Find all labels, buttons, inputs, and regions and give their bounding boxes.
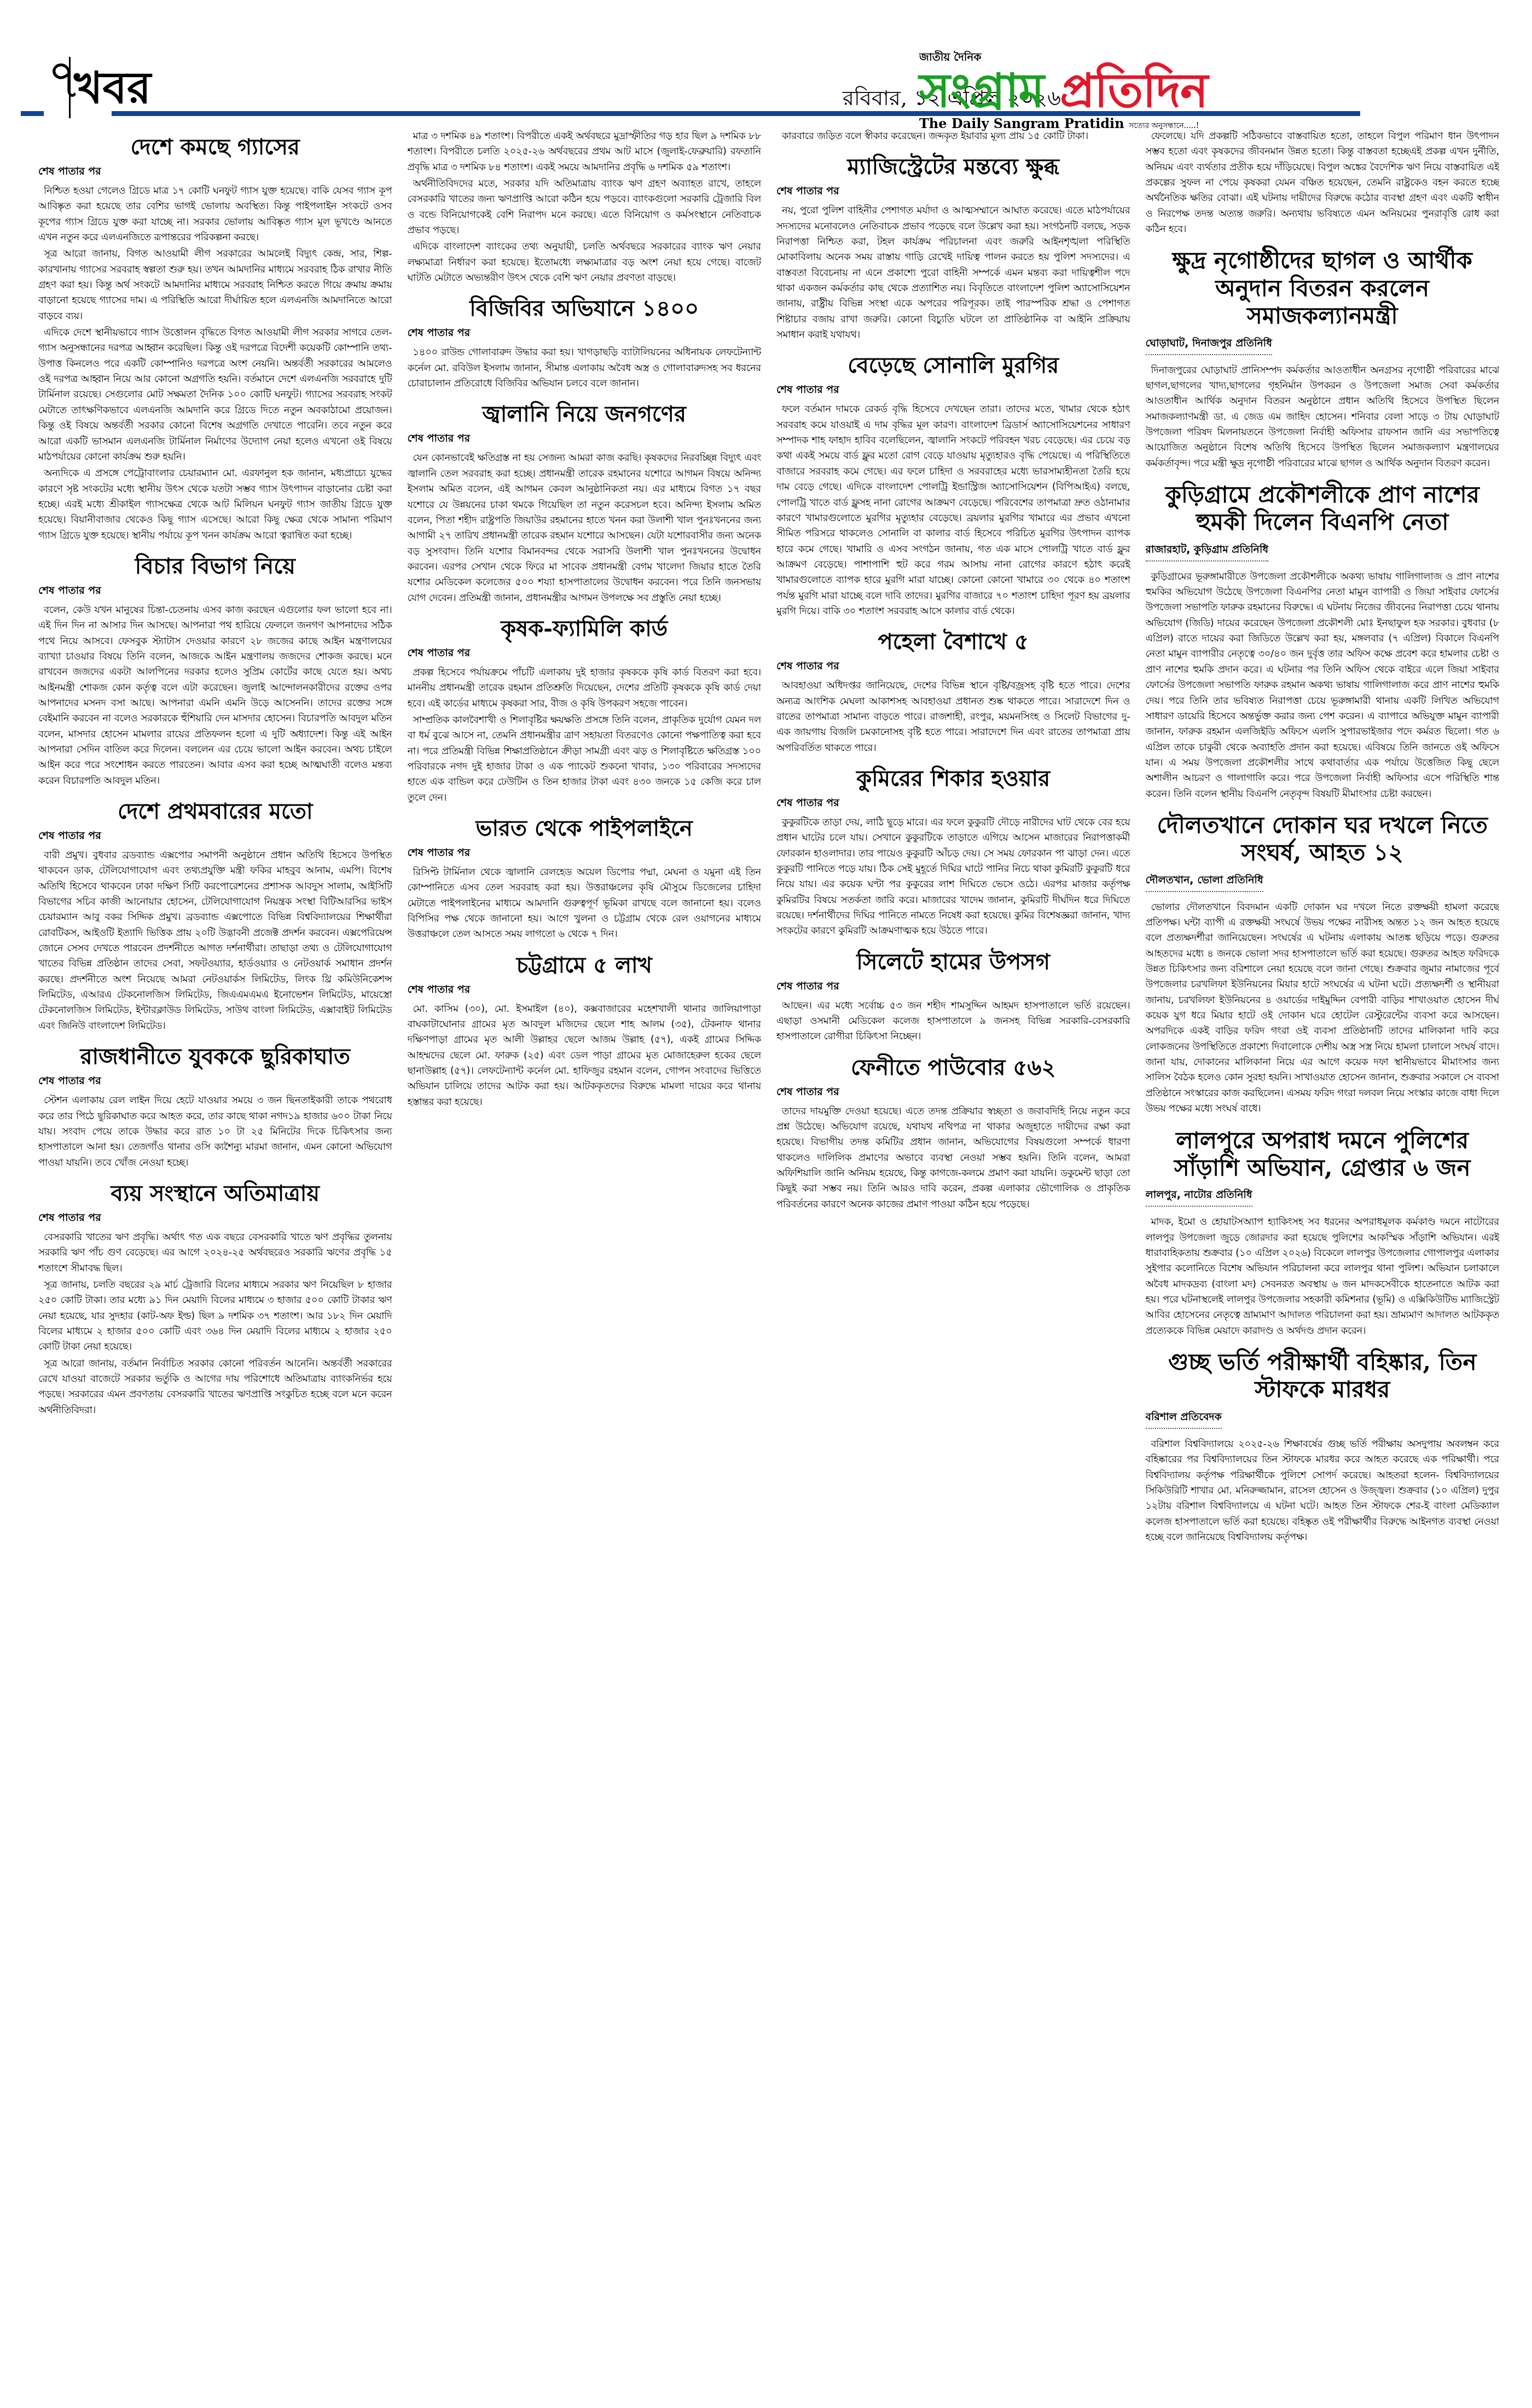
story-paragraph: সূত্র আরো জানায়, বর্তমান নির্বাচিত সরকা… (38, 1356, 392, 1418)
story-paragraph: সাম্প্রতিক কালবৈশাখী ও শিলাবৃষ্টির ক্ষয়… (408, 713, 762, 806)
story-body: তাদের দায়মুক্তি দেওয়া হয়েছে। এতে তদন্… (776, 1104, 1130, 1212)
news-story: কুমিরের শিকার হওয়ারশেষ পাতার পরকুকুরটিক… (776, 766, 1130, 939)
masthead-divider (69, 57, 71, 118)
story-byline: দৌলতখান, ভোলা প্রতিনিধি (1146, 872, 1263, 892)
story-paragraph: ফেলেছে। যদি প্রকল্পটি সঠিকভাবে বাস্তবায়… (1146, 129, 1500, 237)
continued-from-label: শেষ পাতার পর (408, 325, 762, 343)
continued-from-label: শেষ পাতার পর (776, 183, 1130, 201)
story-paragraph: নিশ্চিত হওয়া গেলেও গ্রিডে মাত্র ১৭ কোটি… (38, 183, 392, 245)
continued-from-label: শেষ পাতার পর (38, 583, 392, 600)
story-headline[interactable]: চট্টগ্রামে ৫ লাখ (408, 952, 762, 979)
story-body: নিশ্চিত হওয়া গেলেও গ্রিডে মাত্র ১৭ কোটি… (38, 183, 392, 543)
story-paragraph: তাদের দায়মুক্তি দেওয়া হয়েছে। এতে তদন্… (776, 1104, 1130, 1212)
section-title: খবর (74, 66, 151, 109)
continued-from-label: শেষ পাতার পর (408, 845, 762, 863)
story-body: বলেন, কেউ যখন মানুষের চিন্তা-চেতনায় এসব… (38, 603, 392, 789)
news-story: কৃষক-ফ্যামিলি কার্ডশেষ পাতার পরপ্রকল্প হ… (408, 616, 762, 806)
story-paragraph: কুকুরটিকে তাড়া দেয়, লাঠি ছুড়ে মারে। এ… (776, 815, 1130, 939)
news-story: গুচ্ছ ভর্তি পরীক্ষার্থী বহিষ্কার, তিন স্… (1146, 1348, 1500, 1545)
story-paragraph: দিনাজপুরের ঘোড়াঘাট প্রানিসম্পদ কর্মকর্ত… (1146, 363, 1500, 471)
story-headline[interactable]: ম্যাজিস্ট্রেটের মন্তব্যে ক্ষুব্ধ (776, 154, 1130, 180)
story-body: বারী প্রমুখ। বুধবার ব্রডব্যান্ড এক্সপোর … (38, 848, 392, 1034)
news-story: রাজধানীতে যুবককে ছুরিকাঘাতশেষ পাতার পরস্… (38, 1044, 392, 1171)
continued-from-label: শেষ পাতার পর (776, 658, 1130, 676)
story-paragraph: স্টেশন এলাকায় রেল লাইন দিয়ে হেটে যাওয়… (38, 1093, 392, 1171)
story-headline[interactable]: ক্ষুদ্র নৃগোষ্ঠীদের ছাগল ও আর্থীক অনুদান… (1146, 247, 1500, 329)
story-body: আছেন। এর মধ্যে সর্বোচ্চ ৫৩ জন শহীদ শামসু… (776, 998, 1130, 1045)
news-story: কারবারে জড়িত বলে স্বীকার করেছেন। জব্দকৃ… (776, 129, 1130, 144)
story-paragraph: যেন কোনভাবেই ক্ষতিগ্রস্ত না হয় সেজন্য আ… (408, 450, 762, 605)
story-paragraph: এদিকে বাংলাদেশ ব্যাংকের তথ্য অনুযায়ী, চ… (408, 239, 762, 286)
story-body: যেন কোনভাবেই ক্ষতিগ্রস্ত না হয় সেজন্য আ… (408, 450, 762, 605)
story-body: নয়, পুরো পুলিশ বাহিনীর পেশাগত মর্যাদা ও… (776, 203, 1130, 343)
news-story: দেশে প্রথমবারের মতোশেষ পাতার পরবারী প্রম… (38, 798, 392, 1034)
continued-from-label: শেষ পাতার পর (38, 1210, 392, 1228)
story-body: স্টেশন এলাকায় রেল লাইন দিয়ে হেটে যাওয়… (38, 1093, 392, 1171)
continued-from-label: শেষ পাতার পর (408, 982, 762, 999)
news-story: দেশে কমছে গ্যাসেরশেষ পাতার পরনিশ্চিত হওয… (38, 134, 392, 543)
continued-from-label: শেষ পাতার পর (408, 645, 762, 663)
story-paragraph: রিসিপ্ট টার্মিনাল থেকে জ্বালানি রেলহেড অ… (408, 865, 762, 942)
story-body: আবহাওয়া অধিদপ্তর জানিয়েছে, দেশের বিভিন… (776, 678, 1130, 756)
story-paragraph: বলেন, কেউ যখন মানুষের চিন্তা-চেতনায় এসব… (38, 603, 392, 789)
story-paragraph: বারী প্রমুখ। বুধবার ব্রডব্যান্ড এক্সপোর … (38, 848, 392, 1034)
story-paragraph: আবহাওয়া অধিদপ্তর জানিয়েছে, দেশের বিভিন… (776, 678, 1130, 756)
news-story: ম্যাজিস্ট্রেটের মন্তব্যে ক্ষুব্ধশেষ পাতা… (776, 154, 1130, 343)
story-body: মাদক, ইমো ও হোয়াটসঅ্যাপ হ্যাকিংসহ সব ধর… (1146, 1214, 1500, 1339)
story-paragraph: মো. কাসিম (৩০), মো. ইসমাইল (৪০), কক্সবাজ… (408, 1002, 762, 1110)
story-paragraph: মাদক, ইমো ও হোয়াটসঅ্যাপ হ্যাকিংসহ সব ধর… (1146, 1214, 1500, 1339)
story-headline[interactable]: সিলেটে হামের উপসগ (776, 949, 1130, 975)
story-byline: রাজারহাট, কুড়িগ্রাম প্রতিনিধি (1146, 542, 1269, 562)
news-story: ব্যয় সংস্থানে অতিমাত্রায়শেষ পাতার পরবে… (38, 1180, 392, 1418)
column-2: মাত্র ৩ দশমিক ৪৯ শতাংশ। বিপরীতে একই অর্থ… (408, 129, 762, 2389)
logo-name-part2: প্রতিদিন (1060, 63, 1208, 118)
story-paragraph: এদিকে দেশে স্থানীয়ভাবে গ্যাস উত্তোলন বৃ… (38, 325, 392, 465)
story-body: মো. কাসিম (৩০), মো. ইসমাইল (৪০), কক্সবাজ… (408, 1002, 762, 1110)
continued-from-label: শেষ পাতার পর (776, 382, 1130, 400)
news-story: ফেলেছে। যদি প্রকল্পটি সঠিকভাবে বাস্তবায়… (1146, 129, 1500, 237)
column-1: দেশে কমছে গ্যাসেরশেষ পাতার পরনিশ্চিত হওয… (38, 129, 392, 2389)
story-body: ফলে বর্তমান দামকে রেকর্ড বৃদ্ধি হিসেবে দ… (776, 402, 1130, 619)
story-body: দিনাজপুরের ঘোড়াঘাট প্রানিসম্পদ কর্মকর্ত… (1146, 363, 1500, 471)
story-paragraph: অর্থনীতিবিদদের মতে, সরকার যদি অতিমাত্রায… (408, 176, 762, 238)
story-paragraph: আছেন। এর মধ্যে সর্বোচ্চ ৫৩ জন শহীদ শামসু… (776, 998, 1130, 1045)
story-headline[interactable]: বেড়েছে সোনালি মুরগির (776, 352, 1130, 379)
story-headline[interactable]: কুমিরের শিকার হওয়ার (776, 766, 1130, 792)
news-story: বেড়েছে সোনালি মুরগিরশেষ পাতার পরফলে বর্… (776, 352, 1130, 619)
logo-wordmark: সংগ্রাম প্রতিদিন (919, 67, 1357, 114)
story-headline[interactable]: ফেনীতে পাউবোর ৫৬২ (776, 1055, 1130, 1081)
story-paragraph: ১৪০০ রাউন্ড গোলাবারুদ উদ্ধার করা হয়। খা… (408, 345, 762, 391)
column-3: কারবারে জড়িত বলে স্বীকার করেছেন। জব্দকৃ… (776, 129, 1130, 2389)
story-byline: বরিশাল প্রতিবেদক (1146, 1409, 1222, 1429)
story-paragraph: কারবারে জড়িত বলে স্বীকার করেছেন। জব্দকৃ… (776, 129, 1130, 144)
story-headline[interactable]: দৌলতখানে দোকান ঘর দখলে নিতে সংঘর্ষ, আহত … (1146, 812, 1500, 867)
newspaper-logo: জাতীয় দৈনিক সংগ্রাম প্রতিদিন The Daily … (919, 49, 1357, 132)
story-paragraph: নয়, পুরো পুলিশ বাহিনীর পেশাগত মর্যাদা ও… (776, 203, 1130, 343)
story-body: কারবারে জড়িত বলে স্বীকার করেছেন। জব্দকৃ… (776, 129, 1130, 144)
continued-from-label: শেষ পাতার পর (776, 979, 1130, 996)
continued-from-label: শেষ পাতার পর (776, 795, 1130, 813)
story-paragraph: অন্যদিকে এ প্রসঙ্গে পেট্রোবাংলার চেয়ারম… (38, 466, 392, 543)
column-4: ফেলেছে। যদি প্রকল্পটি সঠিকভাবে বাস্তবায়… (1146, 129, 1500, 2389)
story-headline[interactable]: পহেলা বৈশাখে ৫ (776, 629, 1130, 655)
story-headline[interactable]: রাজধানীতে যুবককে ছুরিকাঘাত (38, 1044, 392, 1070)
story-body: ১৪০০ রাউন্ড গোলাবারুদ উদ্ধার করা হয়। খা… (408, 345, 762, 391)
blue-rule-left (21, 111, 44, 116)
news-story: বিজিবির অভিযানে ১৪০০শেষ পাতার পর১৪০০ রাউ… (408, 296, 762, 391)
news-story: মাত্র ৩ দশমিক ৪৯ শতাংশ। বিপরীতে একই অর্থ… (408, 129, 762, 286)
story-byline: ঘোড়াঘাট, দিনাজপুর প্রতিনিধি (1146, 335, 1272, 355)
logo-name-part1: সংগ্রাম (919, 63, 1044, 118)
news-story: ভারত থেকে পাইপলাইনেশেষ পাতার পররিসিপ্ট ট… (408, 815, 762, 942)
story-headline[interactable]: গুচ্ছ ভর্তি পরীক্ষার্থী বহিষ্কার, তিন স্… (1146, 1348, 1500, 1404)
story-body: রিসিপ্ট টার্মিনাল থেকে জ্বালানি রেলহেড অ… (408, 865, 762, 942)
story-headline[interactable]: বিচার বিভাগ নিয়ে (38, 553, 392, 580)
story-paragraph: ফলে বর্তমান দামকে রেকর্ড বৃদ্ধি হিসেবে দ… (776, 402, 1130, 619)
news-story: জ্বালানি নিয়ে জনগণেরশেষ পাতার পরযেন কোন… (408, 401, 762, 605)
story-paragraph: বেসরকারি খাতের ঋণ প্রবৃদ্ধি। অর্থাৎ গত এ… (38, 1230, 392, 1276)
story-headline[interactable]: দেশে কমছে গ্যাসের (38, 134, 392, 160)
news-story: লালপুরে অপরাধ দমনে পুলিশের সাঁড়াশি অভিয… (1146, 1127, 1500, 1339)
story-byline: লালপুর, নাটোর প্রতিনিধি (1146, 1187, 1252, 1207)
story-paragraph: সূত্র আরো জানায়, বিগত আওয়ামী লীগ সরকার… (38, 246, 392, 324)
story-headline[interactable]: লালপুরে অপরাধ দমনে পুলিশের সাঁড়াশি অভিয… (1146, 1127, 1500, 1182)
story-headline[interactable]: ভারত থেকে পাইপলাইনে (408, 815, 762, 842)
story-paragraph: সূত্র জানায়, চলতি বছরের ২৯ মার্চ ট্রেজা… (38, 1277, 392, 1355)
story-headline[interactable]: জ্বালানি নিয়ে জনগণের (408, 401, 762, 427)
masthead: ৭ খবর রবিবার, ১২ এপ্রিল ২০২৬ জাতীয় দৈনি… (0, 0, 1532, 126)
continued-from-label: শেষ পাতার পর (408, 431, 762, 448)
news-story: পহেলা বৈশাখে ৫শেষ পাতার পরআবহাওয়া অধিদপ… (776, 629, 1130, 756)
news-columns: দেশে কমছে গ্যাসেরশেষ পাতার পরনিশ্চিত হওয… (38, 129, 1499, 2389)
story-headline[interactable]: বিজিবির অভিযানে ১৪০০ (408, 296, 762, 322)
story-body: মাত্র ৩ দশমিক ৪৯ শতাংশ। বিপরীতে একই অর্থ… (408, 129, 762, 286)
story-headline[interactable]: ব্যয় সংস্থানে অতিমাত্রায় (38, 1180, 392, 1207)
news-story: বিচার বিভাগ নিয়েশেষ পাতার পরবলেন, কেউ য… (38, 553, 392, 789)
news-story: ক্ষুদ্র নৃগোষ্ঠীদের ছাগল ও আর্থীক অনুদান… (1146, 247, 1500, 471)
story-paragraph: প্রকল্প হিসেবে পর্যায়ক্রমে পাঁচটি এলাকা… (408, 665, 762, 711)
story-paragraph: বরিশাল বিশ্ববিদ্যালয়ে ২০২৫-২৬ শিক্ষাবর্… (1146, 1437, 1500, 1545)
news-story: সিলেটে হামের উপসগশেষ পাতার পরআছেন। এর মধ… (776, 949, 1130, 1045)
story-body: বরিশাল বিশ্ববিদ্যালয়ে ২০২৫-২৬ শিক্ষাবর্… (1146, 1437, 1500, 1545)
story-paragraph: ভোলার দৌলতখানে বিবদমান একটি দোকান ঘর দখল… (1146, 900, 1500, 1117)
news-story: দৌলতখানে দোকান ঘর দখলে নিতে সংঘর্ষ, আহত … (1146, 812, 1500, 1117)
story-body: বেসরকারি খাতের ঋণ প্রবৃদ্ধি। অর্থাৎ গত এ… (38, 1230, 392, 1418)
news-story: চট্টগ্রামে ৫ লাখশেষ পাতার পরমো. কাসিম (৩… (408, 952, 762, 1110)
story-body: কুকুরটিকে তাড়া দেয়, লাঠি ছুড়ে মারে। এ… (776, 815, 1130, 939)
story-headline[interactable]: দেশে প্রথমবারের মতো (38, 798, 392, 825)
continued-from-label: শেষ পাতার পর (776, 1084, 1130, 1102)
story-headline[interactable]: কৃষক-ফ্যামিলি কার্ড (408, 616, 762, 642)
story-body: কুড়িগ্রামের ভূরুঙ্গামারীতে উপজেলা প্রকৌ… (1146, 569, 1500, 802)
story-body: প্রকল্প হিসেবে পর্যায়ক্রমে পাঁচটি এলাকা… (408, 665, 762, 806)
continued-from-label: শেষ পাতার পর (38, 828, 392, 846)
news-story: কুড়িগ্রামে প্রকৌশলীকে প্রাণ নাশের হুমকী… (1146, 481, 1500, 802)
story-paragraph: মাত্র ৩ দশমিক ৪৯ শতাংশ। বিপরীতে একই অর্থ… (408, 129, 762, 175)
news-story: ফেনীতে পাউবোর ৫৬২শেষ পাতার পরতাদের দায়ম… (776, 1055, 1130, 1212)
continued-from-label: শেষ পাতার পর (38, 164, 392, 181)
story-headline[interactable]: কুড়িগ্রামে প্রকৌশলীকে প্রাণ নাশের হুমকী… (1146, 481, 1500, 536)
story-body: ভোলার দৌলতখানে বিবদমান একটি দোকান ঘর দখল… (1146, 900, 1500, 1117)
continued-from-label: শেষ পাতার পর (38, 1073, 392, 1091)
story-paragraph: কুড়িগ্রামের ভূরুঙ্গামারীতে উপজেলা প্রকৌ… (1146, 569, 1500, 802)
story-body: ফেলেছে। যদি প্রকল্পটি সঠিকভাবে বাস্তবায়… (1146, 129, 1500, 237)
